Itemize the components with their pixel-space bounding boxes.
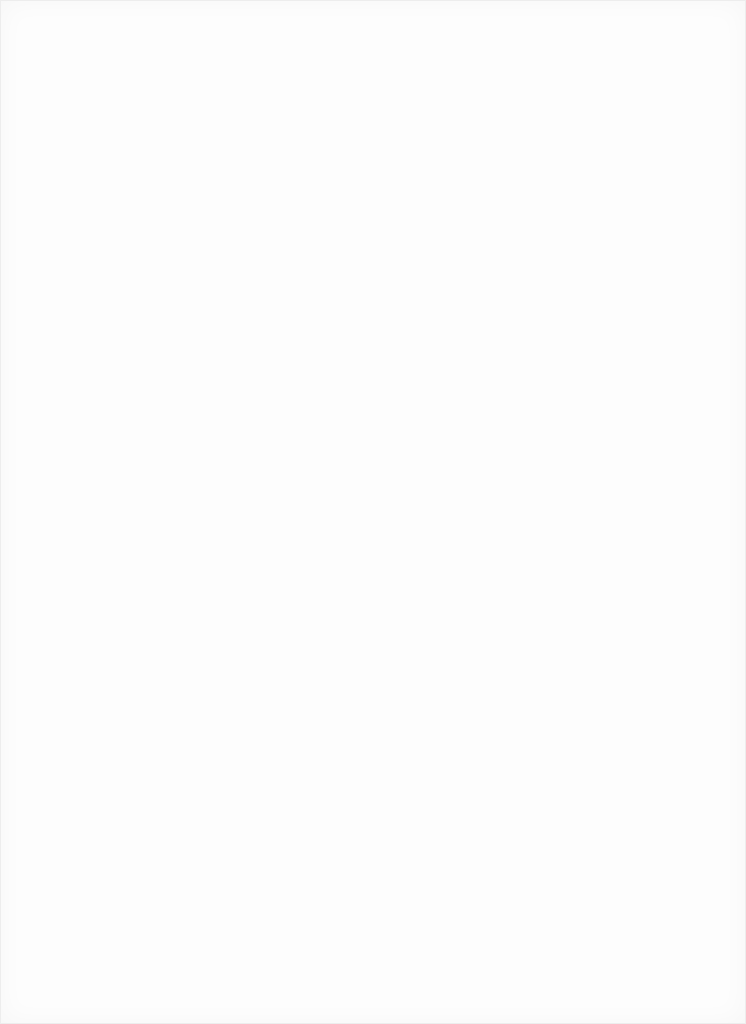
judgment-page bbox=[0, 0, 746, 1024]
